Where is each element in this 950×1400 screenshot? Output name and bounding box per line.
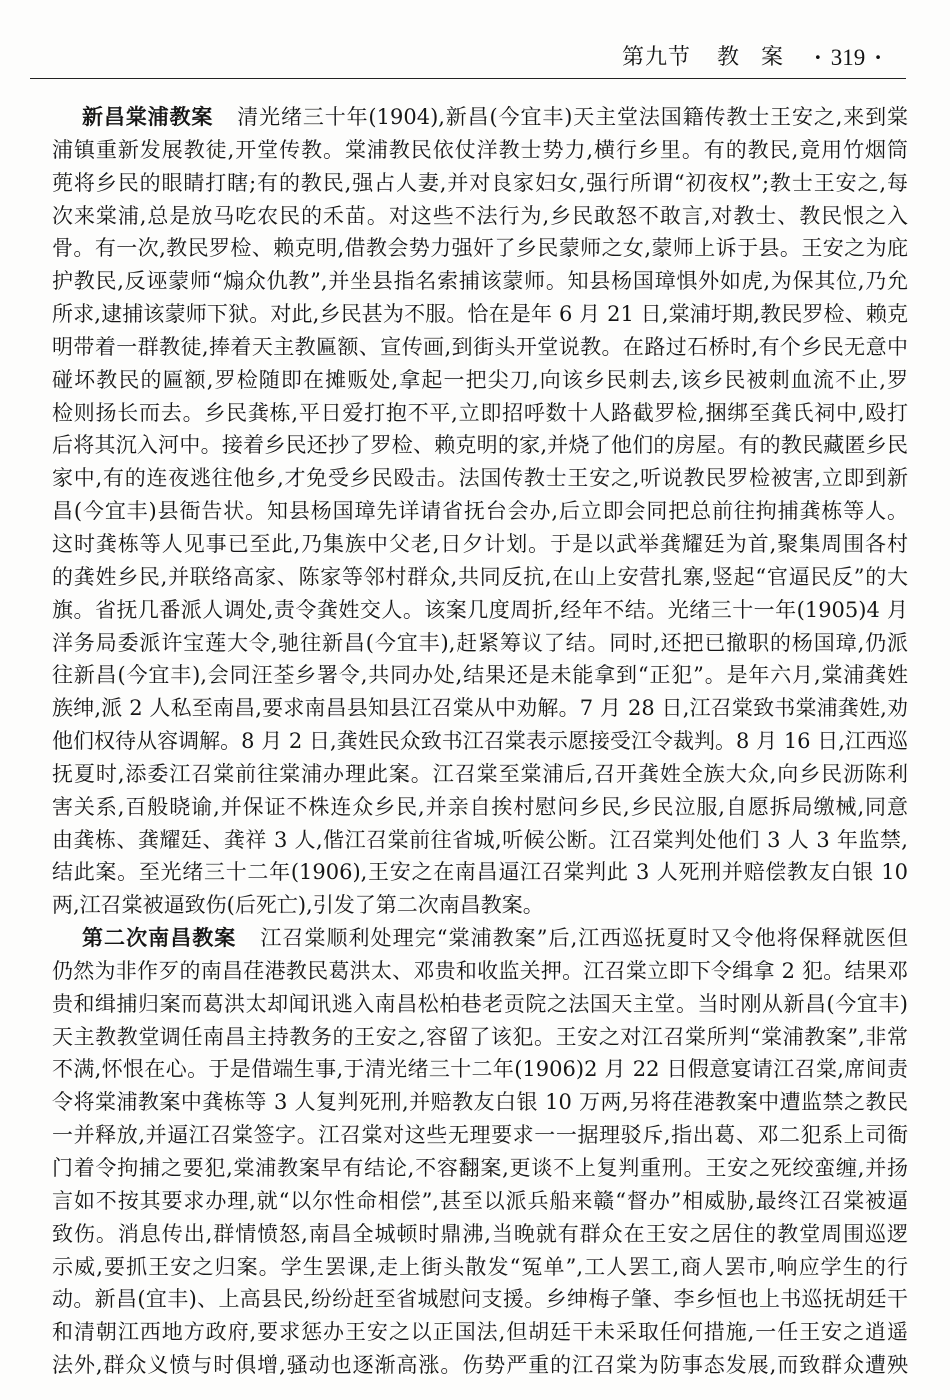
text-line: 蔸将乡民的眼睛打瞎;有的教民,强占人妻,并对良家妇女,强行所谓“初夜权”;教士王… <box>52 167 908 200</box>
text-line: 家中,有的连夜逃往他乡,才免受乡民殴击。法国传教士王安之,听说教民罗检被害,立即… <box>52 462 908 495</box>
text-line: 令将棠浦教案中龚栋等 3 人复判死刑,并赔教友白银 10 万两,另将荏港教案中遭… <box>52 1086 908 1119</box>
text-line: 法外,群众义愤与时俱增,骚动也逐渐高涨。伤势严重的江召棠为防事态发展,而致群众遭… <box>52 1349 908 1382</box>
text-line: 抚夏时,添委江召棠前往棠浦办理此案。江召棠至棠浦后,召开龚姓全族大众,向乡民沥陈… <box>52 758 908 791</box>
paragraph-heading: 第二次南昌教案 <box>82 926 236 950</box>
paragraph-first-line: 新昌棠浦教案清光绪三十年(1904),新昌(今宜丰)天主堂法国籍传教士王安之,来… <box>52 101 908 134</box>
page-number: · 319 · <box>805 42 891 74</box>
text-line: 碰坏教民的匾额,罗检随即在摊贩处,拿起一把尖刀,向该乡民刺去,该乡民被刺血流不止… <box>52 364 908 397</box>
header-rule <box>30 78 906 79</box>
text-line: 护教民,反诬蒙师“煽众仇教”,并坐县指名索捕该蒙师。知县杨国璋惧外如虎,为保其位… <box>52 265 908 298</box>
text-line: 害关系,百般晓谕,并保证不株连众乡民,并亲自挨村慰问乡民,乡民泣服,自愿拆局缴械… <box>52 791 908 824</box>
text-line: 后将其沉入河中。接着乡民还抄了罗检、赖克明的家,并烧了他们的房屋。有的教民藏匿乡… <box>52 429 908 462</box>
running-header: 第九节 教案 · 319 · <box>622 42 891 74</box>
text-line: 天主教教堂调任南昌主持教务的王安之,容留了该犯。王安之对江召棠所判“棠浦教案”,… <box>52 1021 908 1054</box>
text-line: 示威,要抓王安之归案。学生罢课,走上街头散发“冤单”,工人罢工,商人罢市,响应学… <box>52 1251 908 1284</box>
section-title: 教案 <box>717 42 805 74</box>
page-marker-left: · <box>805 42 831 74</box>
body-text: 新昌棠浦教案清光绪三十年(1904),新昌(今宜丰)天主堂法国籍传教士王安之,来… <box>52 101 908 1382</box>
page-number-value: 319 <box>831 42 866 74</box>
text-line: 两,江召棠被逼致伤(后死亡),引发了第二次南昌教案。 <box>52 889 908 922</box>
text-line: 明带着一群教徒,捧着天主教匾额、宣传画,到街头开堂说教。在路过石桥时,有个乡民无… <box>52 331 908 364</box>
text-line: 昌(今宜丰)县衙告状。知县杨国璋先详请省抚台会办,后立即会同把总前往拘捕龚栋等人… <box>52 495 908 528</box>
paragraph-heading: 新昌棠浦教案 <box>82 105 213 129</box>
text-line: 门着令拘捕之要犯,棠浦教案早有结论,不容翻案,更谈不上复判重刑。王安之死绞蛮缠,… <box>52 1152 908 1185</box>
text-line: 次来棠浦,总是放马吃农民的禾苗。对这些不法行为,乡民敢怒不敢言,对教士、教民恨之… <box>52 200 908 233</box>
text-line: 旗。省抚几番派人调处,责令龚姓交人。该案几度周折,经年不结。光绪三十一年(190… <box>52 594 908 627</box>
text-line: 他们权待从容调解。8 月 2 日,龚姓民众致书江召棠表示愿接受江令裁判。8 月 … <box>52 725 908 758</box>
text-line: 动。新昌(宜丰)、上高县民,纷纷赶至省城慰问支援。乡绅梅子肇、李乡恒也上书巡抚胡… <box>52 1283 908 1316</box>
text-line: 仍然为非作歹的南昌荏港教民葛洪太、邓贵和收监关押。江召棠立即下令缉拿 2 犯。结… <box>52 955 908 988</box>
text-line: 结此案。至光绪三十二年(1906),王安之在南昌逼江召棠判此 3 人死刑并赔偿教… <box>52 856 908 889</box>
text-line: 所求,逮捕该蒙师下狱。对此,乡民甚为不服。恰在是年 6 月 21 日,棠浦圩期,… <box>52 298 908 331</box>
text-line: 由龚栋、龚耀廷、龚祥 3 人,偕江召棠前往省城,听候公断。江召棠判处他们 3 人… <box>52 824 908 857</box>
text-line: 洋务局委派许宝莲大令,驰往新昌(今宜丰),赶紧筹议了结。同时,还把已撤职的杨国璋… <box>52 627 908 660</box>
text-line: 言如不按其要求办理,就“以尔性命相偿”,甚至以派兵船来赣“督办”相威胁,最终江召… <box>52 1185 908 1218</box>
text-line: 和清朝江西地方政府,要求惩办王安之以正国法,但胡廷干未采取任何措施,一任王安之逍… <box>52 1316 908 1349</box>
page-marker-right: · <box>865 42 891 74</box>
text-line: 浦镇重新发展教徒,开堂传教。棠浦教民依仗洋教士势力,横行乡里。有的教民,竟用竹烟… <box>52 134 908 167</box>
text-line: 致伤。消息传出,群情愤怒,南昌全城顿时鼎沸,当晚就有群众在王安之居住的教堂周围巡… <box>52 1218 908 1251</box>
text-line: 一并释放,并逼江召棠签字。江召棠对这些无理要求一一据理驳斥,指出葛、邓二犯系上司… <box>52 1119 908 1152</box>
text-line: 的龚姓乡民,并联络高家、陈家等邻村群众,共同反抗,在山上安营扎寨,竖起“官逼民反… <box>52 561 908 594</box>
text-line: 不满,怀恨在心。于是借端生事,于清光绪三十二年(1906)2 月 22 日假意宴… <box>52 1053 908 1086</box>
text-line: 江召棠顺利处理完“棠浦教案”后,江西巡抚夏时又令他将保释就医但 <box>260 926 908 950</box>
text-line: 清光绪三十年(1904),新昌(今宜丰)天主堂法国籍传教士王安之,来到棠 <box>237 105 908 129</box>
text-line: 检则扬长而去。乡民龚栋,平日爱打抱不平,立即招呼数十人路截罗检,捆绑至龚氏祠中,… <box>52 397 908 430</box>
text-line: 这时龚栋等人见事已至此,乃集族中父老,日夕计划。于是以武举龚耀廷为首,聚集周围各… <box>52 528 908 561</box>
paragraph-first-line: 第二次南昌教案江召棠顺利处理完“棠浦教案”后,江西巡抚夏时又令他将保释就医但 <box>52 922 908 955</box>
text-line: 骨。有一次,教民罗检、赖克明,借教会势力强奸了乡民蒙师之女,蒙师上诉于县。王安之… <box>52 232 908 265</box>
section-label: 第九节 <box>622 42 691 74</box>
text-line: 往新昌(今宜丰),会同汪荃乡署令,共同办处,结果还是未能拿到“正犯”。是年六月,… <box>52 659 908 692</box>
text-line: 族绅,派 2 人私至南昌,要求南昌县知县江召棠从中劝解。7 月 28 日,江召棠… <box>52 692 908 725</box>
text-line: 贵和缉捕归案而葛洪太却闻讯逃入南昌松柏巷老贡院之法国天主堂。当时刚从新昌(今宜丰… <box>52 988 908 1021</box>
